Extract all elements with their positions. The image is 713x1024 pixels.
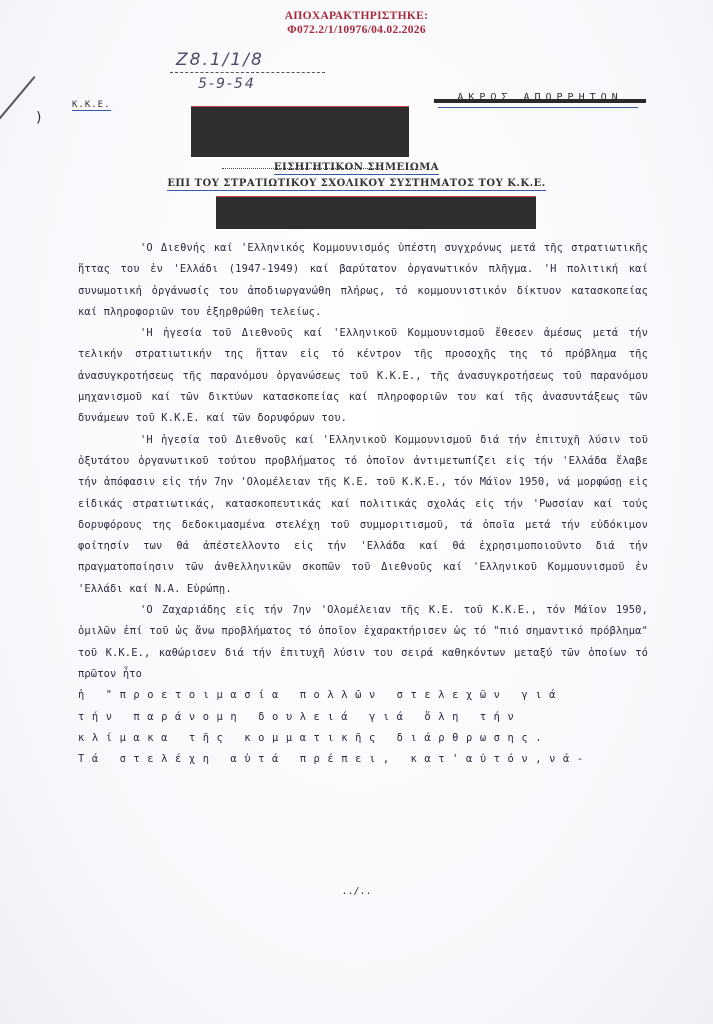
declassification-stamp-reference: Φ072.2/1/10976/04.02.2026 <box>0 24 713 36</box>
document-subtitle-text: ΕΠΙ ΤΟΥ ΣΤΡΑΤΙΩΤΙΚΟΥ ΣΧΟΛΙΚΟΥ ΣΥΣΤΗΜΑΤΟΣ… <box>167 178 545 191</box>
classification-underline <box>438 107 638 108</box>
spaced-line-3: κλίμακα τῆς κομματικῆς διάρθρωσης. <box>78 728 648 749</box>
document-subtitle: ΕΠΙ ΤΟΥ ΣΤΡΑΤΙΩΤΙΚΟΥ ΣΧΟΛΙΚΟΥ ΣΥΣΤΗΜΑΤΟΣ… <box>0 178 713 189</box>
handwritten-file-reference: Z8.1/1/8 <box>176 50 264 70</box>
paragraph-1: 'Ο Διεθνής καί 'Ελληνικός Κομμουνισμός ὑ… <box>78 238 648 323</box>
margin-reference-code: Κ.Κ.Ε. <box>72 100 111 111</box>
document-title: ΕΙΣΗΓΗΤΙΚΟΝ ΣΗΜΕΙΩΜΑ <box>0 162 713 173</box>
paragraph-4: 'Ο Ζαχαριάδης εἰς τήν 7ην 'Ολομέλειαν τῆ… <box>78 600 648 685</box>
spaced-line-1: ἡ "προετοιμασία πολλῶν στελεχῶν γιά <box>78 685 648 706</box>
margin-slash-mark <box>0 76 36 131</box>
page-continuation-mark: ../.. <box>0 886 713 897</box>
redaction-block-top <box>191 107 409 157</box>
document-body: 'Ο Διεθνής καί 'Ελληνικός Κομμουνισμός ὑ… <box>78 238 648 770</box>
paragraph-2: 'Η ἡγεσία τοῦ Διεθνοῦς καί 'Ελληνικοῦ Κο… <box>78 323 648 429</box>
paragraph-3: 'Η ἡγεσία τοῦ Διεθνοῦς καί 'Ελληνικοῦ Κο… <box>78 430 648 600</box>
classification-strikethrough <box>434 99 646 103</box>
reference-underline <box>170 72 325 73</box>
redaction-block-title <box>216 197 536 229</box>
declassification-stamp-title: ΑΠΟΧΑΡΑΚΤΗΡΙΣΤΗΚΕ: <box>0 10 713 22</box>
document-title-text: ΕΙΣΗΓΗΤΙΚΟΝ ΣΗΜΕΙΩΜΑ <box>274 162 439 175</box>
document-page: ΑΠΟΧΑΡΑΚΤΗΡΙΣΤΗΚΕ: Φ072.2/1/10976/04.02.… <box>0 0 713 1024</box>
spaced-line-2: τήν παράνομη δουλειά γιά ὅλη τήν <box>78 707 648 728</box>
margin-bracket-mark: ) <box>36 110 41 126</box>
spaced-line-4: Τά στελέχη αὐτά πρέπει, κατ'αὐτόν,νά- <box>78 749 648 770</box>
handwritten-date: 5-9-54 <box>198 76 256 92</box>
